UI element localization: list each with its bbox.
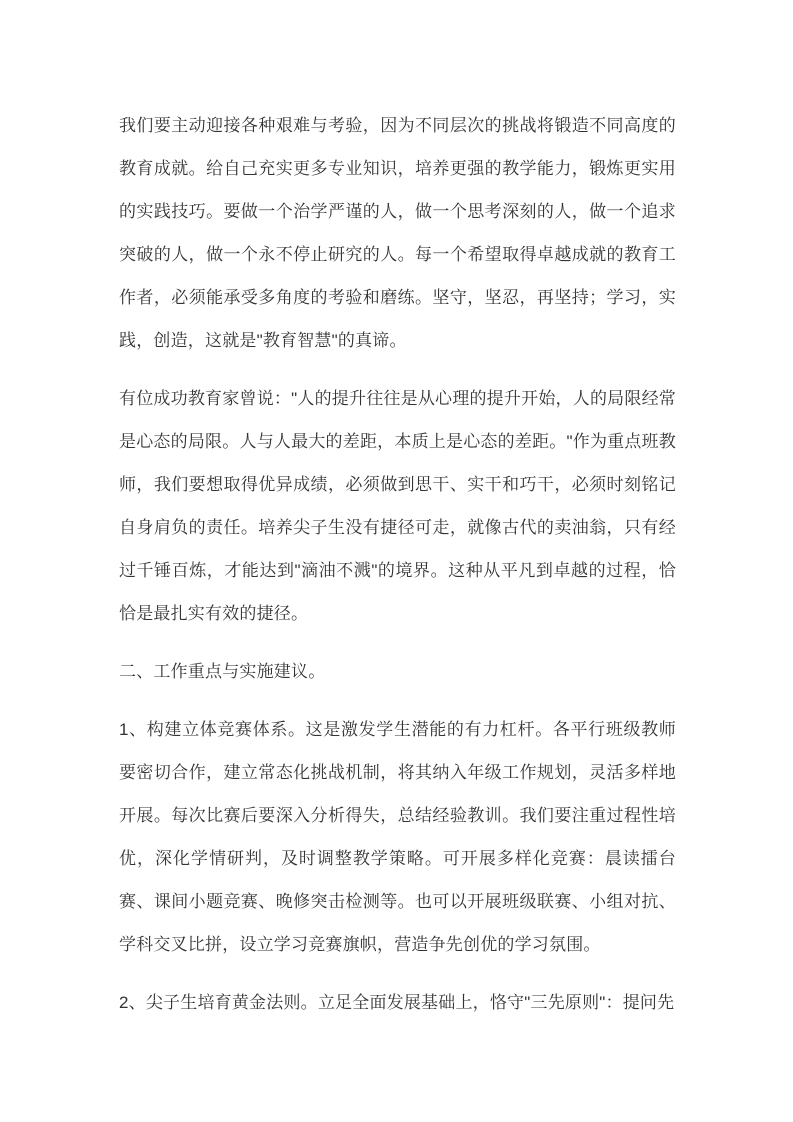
document-page: 我们要主动迎接各种艰难与考验，因为不同层次的挑战将锻造不同高度的教育成就。给自己… [0, 0, 793, 1122]
paragraph-top-student-rules: 2、尖子生培育黄金法则。立足全面发展基础上，恪守"三先原则"：提问先 [119, 981, 676, 1024]
section-heading-work-focus: 二、工作重点与实施建议。 [119, 650, 676, 693]
paragraph-educator-quote: 有位成功教育家曾说："人的提升往往是从心理的提升开始，人的局限经常是心态的局限。… [119, 377, 676, 635]
paragraph-spirit-of-education: 我们要主动迎接各种艰难与考验，因为不同层次的挑战将锻造不同高度的教育成就。给自己… [119, 104, 676, 362]
paragraph-competition-system: 1、构建立体竞赛体系。这是激发学生潜能的有力杠杆。各平行班级教师要密切合作，建立… [119, 708, 676, 966]
